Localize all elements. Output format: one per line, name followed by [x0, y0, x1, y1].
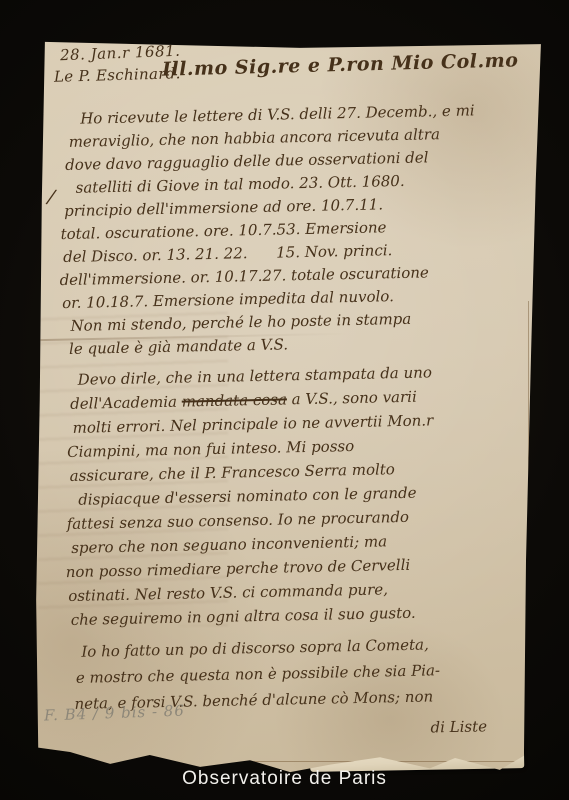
- manuscript-page: 28. Jan.r 1681. Le P. Eschinard. Ill.mo …: [30, 36, 544, 778]
- body-line-text: dell'Academia: [70, 393, 182, 413]
- margin-mark: /: [47, 186, 56, 209]
- caption-label: Observatoire de Paris: [182, 768, 387, 789]
- letter-body: Ho ricevute le lettere di V.S. delli 27.…: [64, 98, 539, 746]
- salutation: Ill.mo Sig.re e P.ron Mio Col.mo: [162, 49, 519, 80]
- caption-bar: Observatoire de Paris: [0, 768, 569, 790]
- paragraph: Ho ricevute le lettere di V.S. delli 27.…: [64, 98, 531, 361]
- paragraph: Devo dirle, che in una lettera stampata …: [69, 358, 536, 632]
- body-line-text: a V.S., sono varii: [287, 388, 417, 409]
- struck-text: mandata cosa: [182, 390, 288, 410]
